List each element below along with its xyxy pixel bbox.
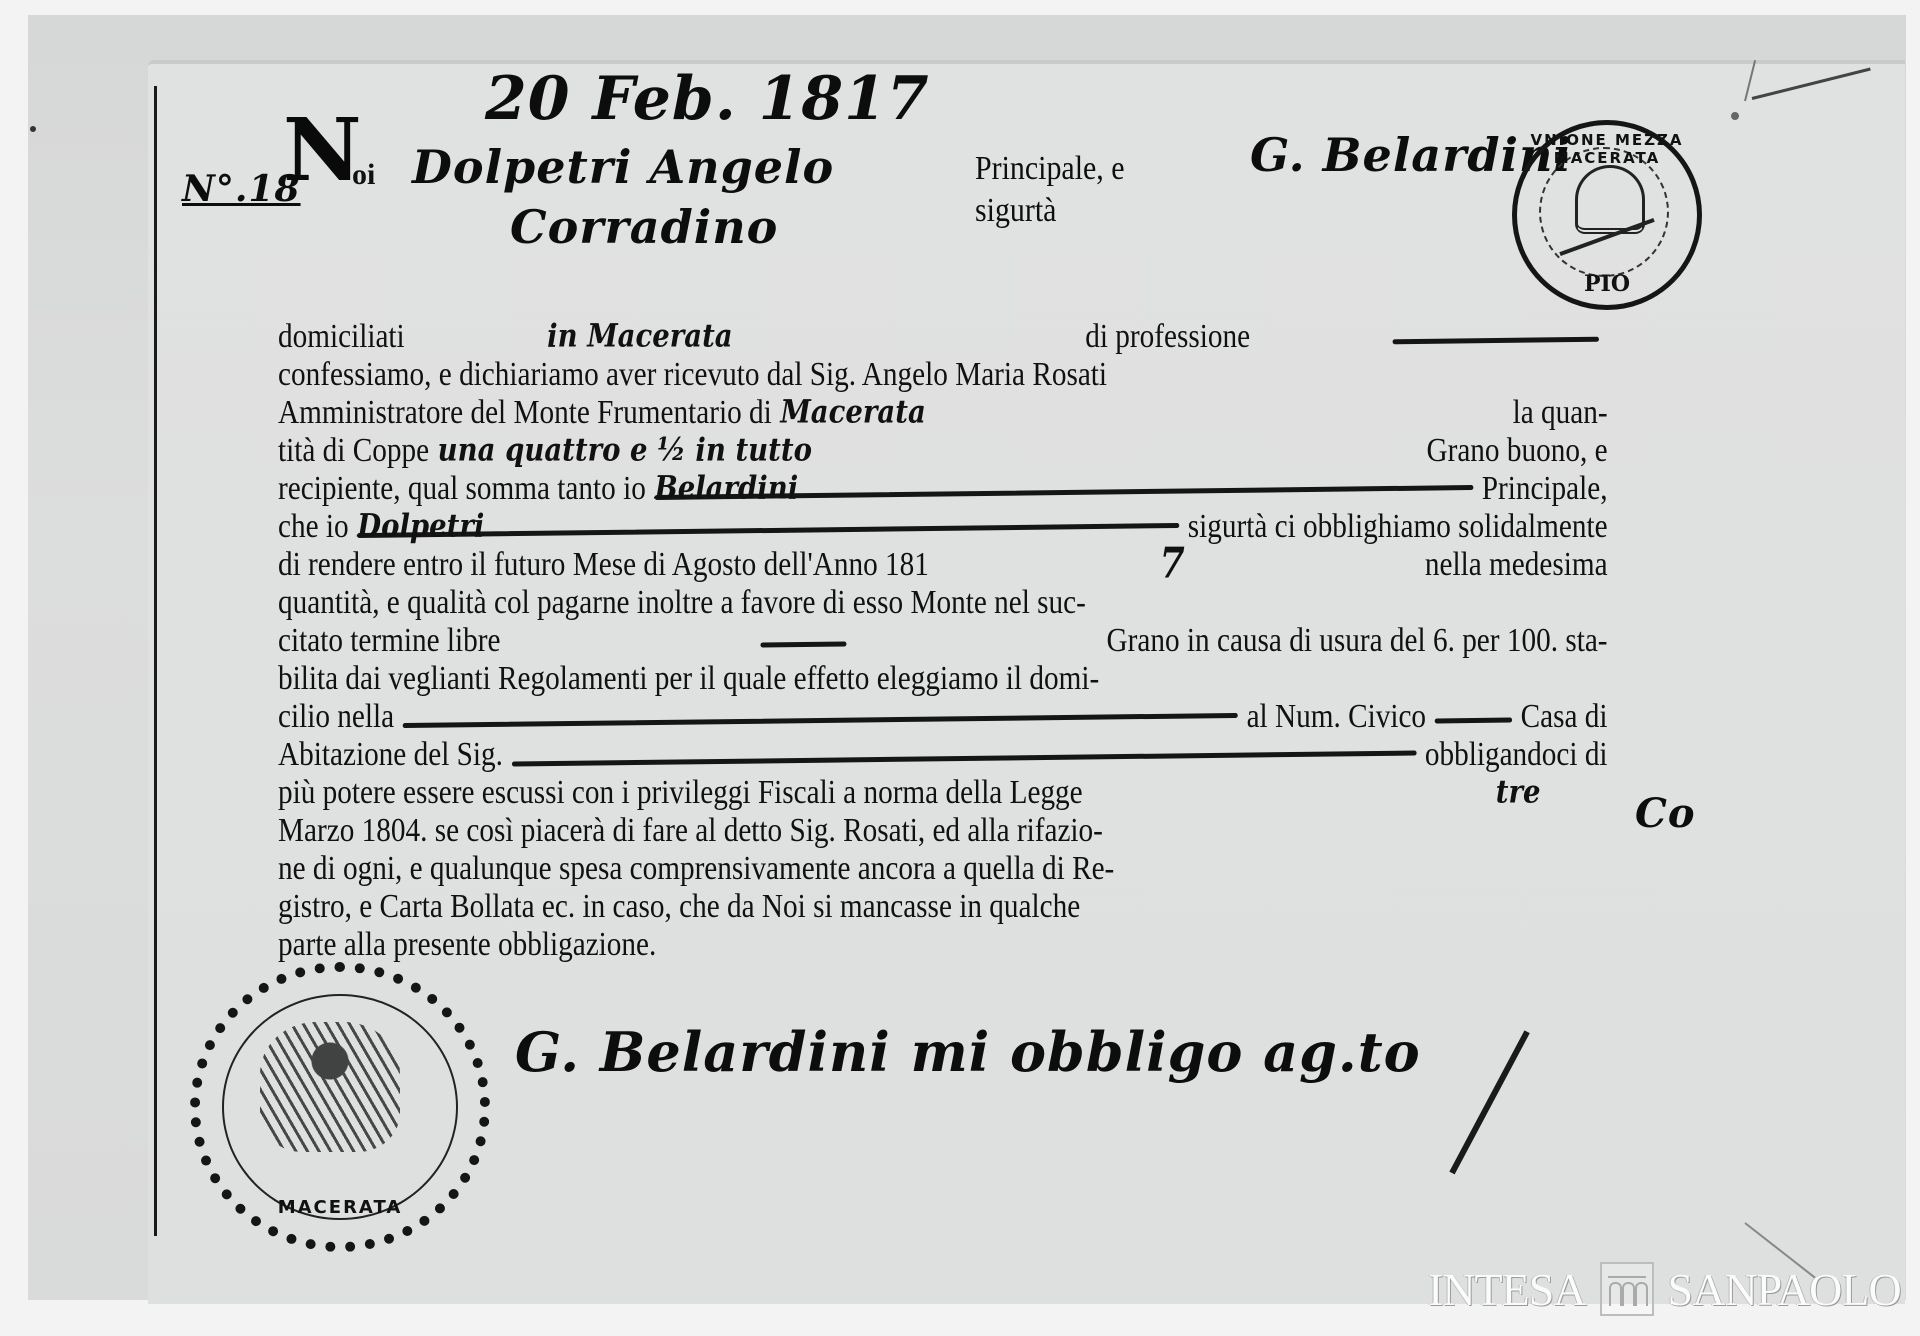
intesa-sanpaolo-watermark: INTESA SANPAOLO xyxy=(1428,1262,1901,1316)
text-line: Abitazione del Sig. obbligandoci di xyxy=(278,736,1608,774)
papal-seal-stamp: VNIONE MEZZA MACERATA PIO xyxy=(1512,120,1702,310)
text-line: più potere essere escussi con i privileg… xyxy=(278,774,1608,812)
seal-text: VNIONE MEZZA MACERATA xyxy=(1517,131,1697,167)
handwritten-fill: una quattro e ½ in tutto xyxy=(438,433,1418,465)
text-line: parte alla presente obbligazione. xyxy=(278,926,1608,964)
handwritten-fill-struck: Belardini xyxy=(654,471,1473,503)
text-line: di rendere entro il futuro Mese di Agost… xyxy=(278,546,1608,584)
ink-stroke xyxy=(512,750,1417,766)
seal-text: MACERATA xyxy=(200,1197,480,1218)
text-line: tità di Coppe una quattro e ½ in tutto G… xyxy=(278,432,1608,470)
text-line: recipiente, qual somma tanto io Belardin… xyxy=(278,470,1608,508)
seal-bottom-text: PIO xyxy=(1517,271,1697,297)
text-line: gistro, e Carta Bollata ec. in caso, che… xyxy=(278,888,1608,926)
text-line: cilio nella al Num. Civico Casa di xyxy=(278,698,1608,736)
margin-note: Co xyxy=(1635,790,1696,837)
arches-logo-icon xyxy=(1600,1262,1654,1316)
handwritten-fill: Macerata xyxy=(780,395,1504,427)
handwritten-principal-name-line2: Corradino xyxy=(510,200,778,254)
text-line: domiciliati in Macerata di professione xyxy=(278,318,1608,356)
text-line: quantità, e qualità col pagarne inoltre … xyxy=(278,584,1608,622)
watermark-right-text: SANPAOLO xyxy=(1668,1263,1901,1316)
text-line: confessiamo, e dichiariamo aver ricevuto… xyxy=(278,356,1608,394)
handwritten-fill: tre xyxy=(1496,775,1599,807)
stray-dot xyxy=(30,126,36,132)
handwritten-date: 20 Feb. 1817 xyxy=(485,64,930,134)
signature: G. Belardini mi obbligo ag.to xyxy=(515,1020,1421,1084)
handwritten-fill-struck: Dolpetri xyxy=(357,509,1179,541)
handwritten-fill: 7 xyxy=(1160,547,1194,579)
left-margin-rule xyxy=(154,86,157,1236)
text-line: citato termine libre Grano in causa di u… xyxy=(278,622,1608,660)
handwritten-fill: in Macerata xyxy=(547,319,943,351)
printed-principal-label: Principale, e xyxy=(975,150,1125,188)
text-line: ne di ogni, e qualunque spesa comprensiv… xyxy=(278,850,1608,888)
text-line: bilita dai veglianti Regolamenti per il … xyxy=(278,660,1608,698)
handwritten-principal-name: Dolpetri Angelo xyxy=(412,140,834,194)
text-line: che io Dolpetri sigurtà ci obblighiamo s… xyxy=(278,508,1608,546)
stray-dot xyxy=(1731,112,1739,120)
saint-figure-icon xyxy=(260,1022,400,1152)
opening-word-rest: oi xyxy=(352,158,375,192)
text-line: Marzo 1804. se così piacerà di fare al d… xyxy=(278,812,1608,850)
printed-surety-label: sigurtà xyxy=(975,192,1056,230)
ink-stroke xyxy=(760,641,846,647)
ink-stroke xyxy=(1435,717,1512,723)
opening-initial: N xyxy=(283,108,362,194)
ink-stroke xyxy=(1393,336,1599,344)
text-line: Amministratore del Monte Frumentario di … xyxy=(278,394,1608,432)
document-body: domiciliati in Macerata di professione c… xyxy=(278,318,1608,964)
ink-stroke xyxy=(403,713,1238,728)
watermark-left-text: INTESA xyxy=(1428,1263,1586,1316)
macerata-seal-stamp: MACERATA xyxy=(190,962,490,1252)
